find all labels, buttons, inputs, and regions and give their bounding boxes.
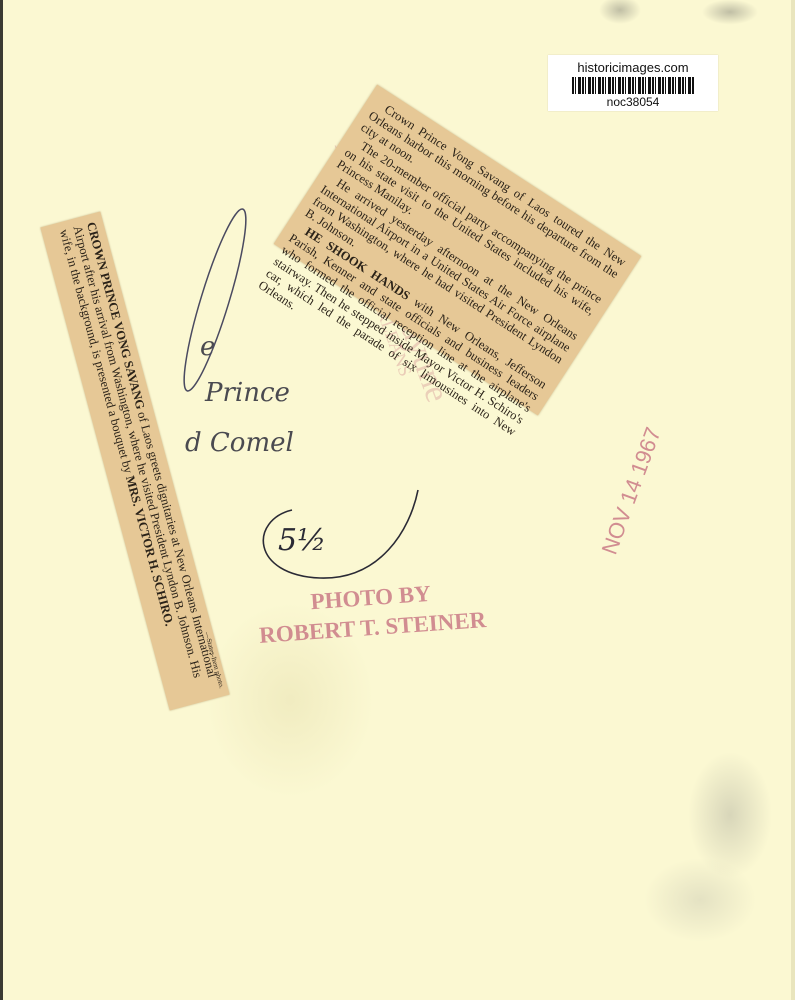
circle-mark-icon: [174, 205, 256, 395]
size-mark: 5½: [278, 523, 326, 558]
ink-marks: 5½: [0, 0, 795, 1000]
